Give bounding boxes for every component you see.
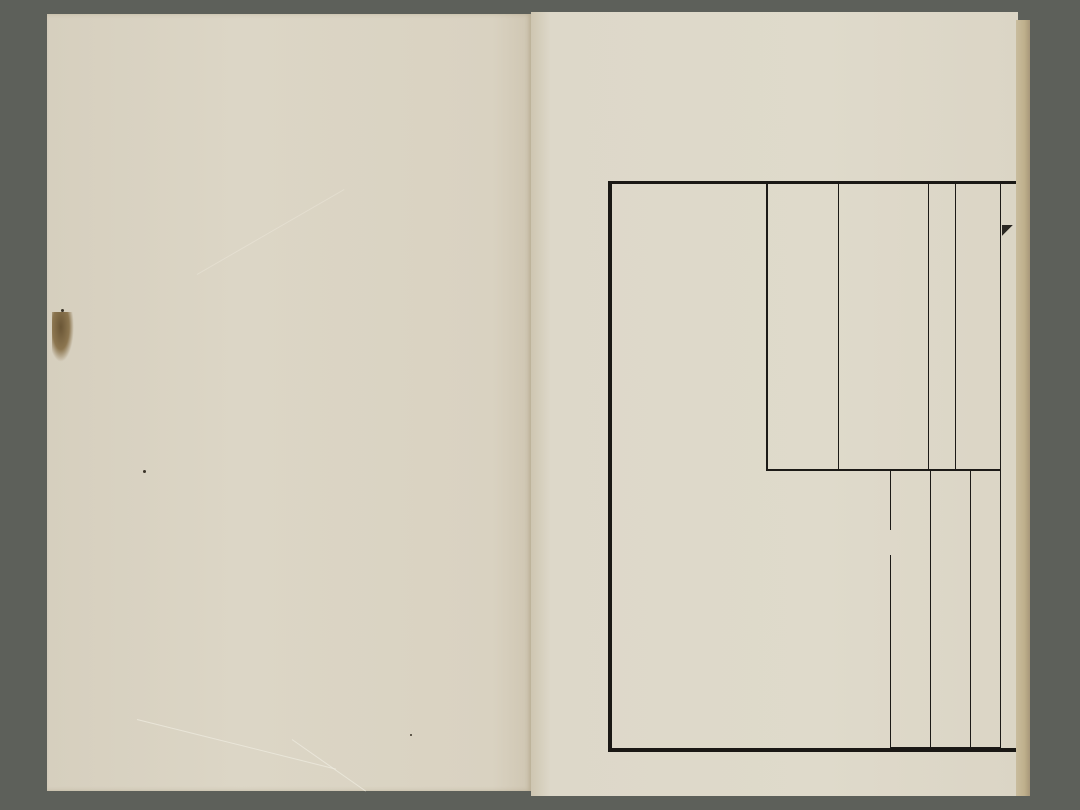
column-rule [838, 184, 839, 470]
column-rule [1000, 184, 1001, 750]
column-rule [766, 184, 768, 470]
paper-crease [137, 719, 336, 770]
column-rule [970, 470, 971, 750]
ink-speck [410, 734, 412, 736]
column-rule [890, 470, 891, 530]
column-rule [890, 555, 891, 750]
paper-crease [197, 189, 345, 275]
column-rule [930, 470, 931, 750]
ink-speck [61, 309, 64, 312]
column-rule [928, 184, 929, 470]
section-rule [766, 469, 1000, 471]
paper-damage-stain [52, 312, 74, 362]
paper-crease [292, 739, 366, 791]
section-rule [890, 747, 1000, 748]
column-rule [955, 184, 956, 470]
book-fore-edge [1016, 20, 1030, 796]
left-page [47, 14, 531, 791]
show-through-text [642, 224, 673, 250]
ink-speck [143, 470, 146, 473]
